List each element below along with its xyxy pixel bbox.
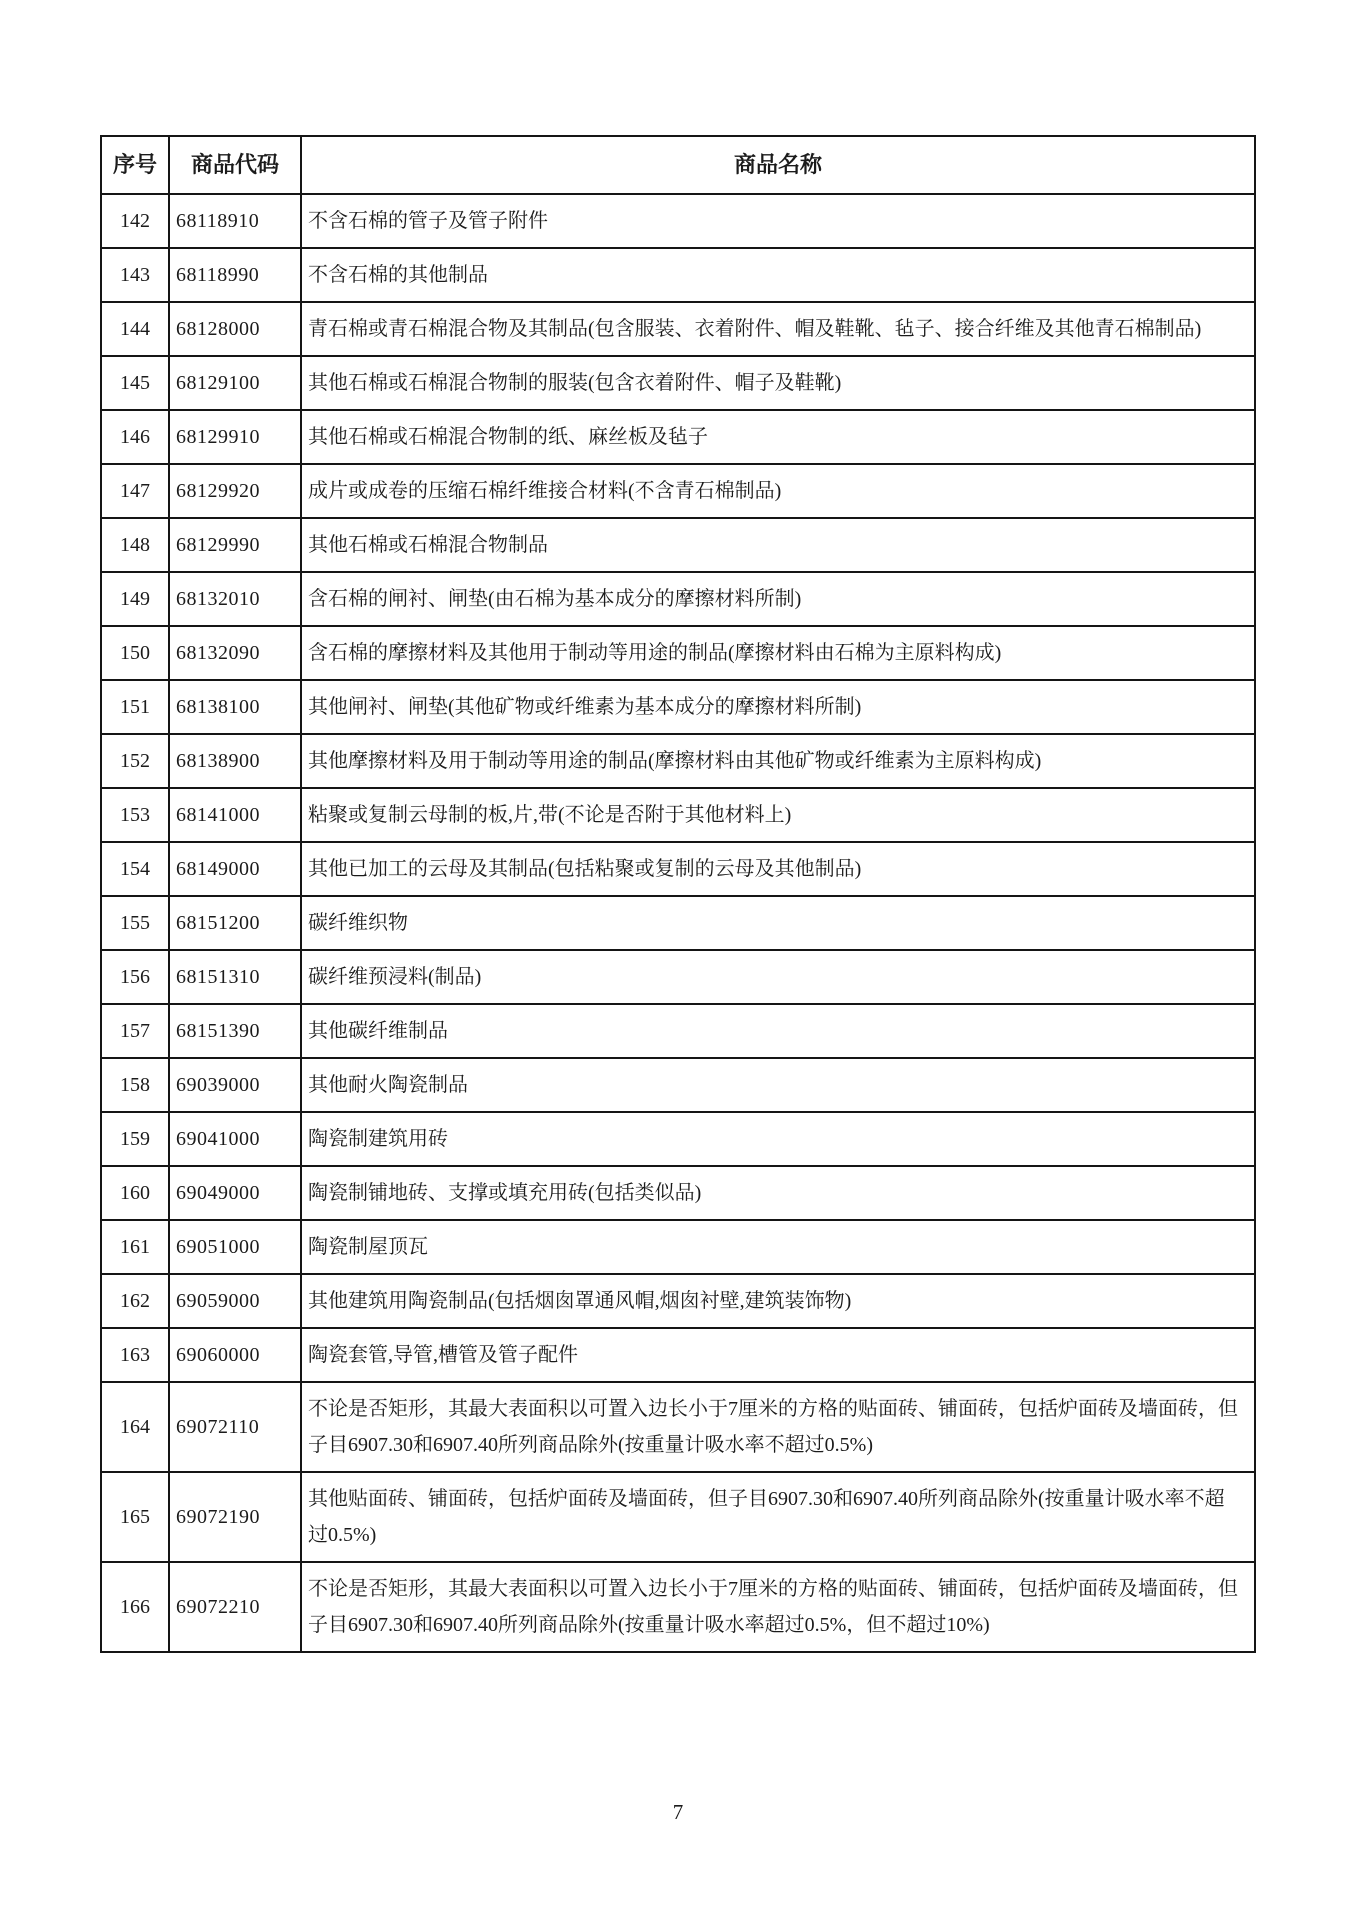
cell-commodity-name: 陶瓷制铺地砖、支撑或填充用砖(包括类似品): [301, 1166, 1255, 1220]
cell-commodity-name: 不论是否矩形，其最大表面积以可置入边长小于7厘米的方格的贴面砖、铺面砖，包括炉面…: [301, 1562, 1255, 1652]
cell-commodity-code: 69049000: [169, 1166, 301, 1220]
cell-commodity-name: 其他耐火陶瓷制品: [301, 1058, 1255, 1112]
cell-serial-number: 155: [101, 896, 169, 950]
cell-serial-number: 145: [101, 356, 169, 410]
table-row: 166 69072210 不论是否矩形，其最大表面积以可置入边长小于7厘米的方格…: [101, 1562, 1255, 1652]
cell-commodity-name: 碳纤维预浸料(制品): [301, 950, 1255, 1004]
table-row: 161 69051000 陶瓷制屋顶瓦: [101, 1220, 1255, 1274]
cell-commodity-name: 其他闸衬、闸垫(其他矿物或纤维素为基本成分的摩擦材料所制): [301, 680, 1255, 734]
cell-commodity-name: 含石棉的闸衬、闸垫(由石棉为基本成分的摩擦材料所制): [301, 572, 1255, 626]
table-row: 160 69049000 陶瓷制铺地砖、支撑或填充用砖(包括类似品): [101, 1166, 1255, 1220]
cell-serial-number: 151: [101, 680, 169, 734]
cell-commodity-name: 含石棉的摩擦材料及其他用于制动等用途的制品(摩擦材料由石棉为主原料构成): [301, 626, 1255, 680]
cell-commodity-code: 68151310: [169, 950, 301, 1004]
cell-serial-number: 149: [101, 572, 169, 626]
cell-serial-number: 160: [101, 1166, 169, 1220]
table-row: 157 68151390 其他碳纤维制品: [101, 1004, 1255, 1058]
commodity-table-container: 序号 商品代码 商品名称 142 68118910 不含石棉的管子及管子附件 1…: [100, 135, 1256, 1653]
col-header-serial-number: 序号: [101, 136, 169, 194]
table-row: 158 69039000 其他耐火陶瓷制品: [101, 1058, 1255, 1112]
table-row: 152 68138900 其他摩擦材料及用于制动等用途的制品(摩擦材料由其他矿物…: [101, 734, 1255, 788]
cell-commodity-name: 陶瓷套管,导管,槽管及管子配件: [301, 1328, 1255, 1382]
cell-commodity-name: 不含石棉的其他制品: [301, 248, 1255, 302]
cell-commodity-code: 68128000: [169, 302, 301, 356]
cell-serial-number: 162: [101, 1274, 169, 1328]
cell-serial-number: 147: [101, 464, 169, 518]
cell-commodity-code: 69072210: [169, 1562, 301, 1652]
cell-commodity-code: 69072190: [169, 1472, 301, 1562]
cell-serial-number: 163: [101, 1328, 169, 1382]
cell-serial-number: 148: [101, 518, 169, 572]
cell-commodity-code: 69072110: [169, 1382, 301, 1472]
cell-commodity-name: 其他摩擦材料及用于制动等用途的制品(摩擦材料由其他矿物或纤维素为主原料构成): [301, 734, 1255, 788]
cell-serial-number: 154: [101, 842, 169, 896]
cell-serial-number: 156: [101, 950, 169, 1004]
table-row: 142 68118910 不含石棉的管子及管子附件: [101, 194, 1255, 248]
cell-commodity-code: 69060000: [169, 1328, 301, 1382]
table-row: 150 68132090 含石棉的摩擦材料及其他用于制动等用途的制品(摩擦材料由…: [101, 626, 1255, 680]
cell-commodity-code: 68138900: [169, 734, 301, 788]
cell-commodity-code: 69039000: [169, 1058, 301, 1112]
table-row: 154 68149000 其他已加工的云母及其制品(包括粘聚或复制的云母及其他制…: [101, 842, 1255, 896]
cell-serial-number: 152: [101, 734, 169, 788]
table-row: 146 68129910 其他石棉或石棉混合物制的纸、麻丝板及毡子: [101, 410, 1255, 464]
table-row: 149 68132010 含石棉的闸衬、闸垫(由石棉为基本成分的摩擦材料所制): [101, 572, 1255, 626]
cell-commodity-name: 不论是否矩形，其最大表面积以可置入边长小于7厘米的方格的贴面砖、铺面砖，包括炉面…: [301, 1382, 1255, 1472]
cell-commodity-name: 碳纤维织物: [301, 896, 1255, 950]
cell-commodity-name: 陶瓷制建筑用砖: [301, 1112, 1255, 1166]
table-row: 162 69059000 其他建筑用陶瓷制品(包括烟囱罩通风帽,烟囱衬壁,建筑装…: [101, 1274, 1255, 1328]
cell-commodity-name: 其他石棉或石棉混合物制品: [301, 518, 1255, 572]
cell-commodity-name: 不含石棉的管子及管子附件: [301, 194, 1255, 248]
cell-serial-number: 144: [101, 302, 169, 356]
commodity-table: 序号 商品代码 商品名称 142 68118910 不含石棉的管子及管子附件 1…: [100, 135, 1256, 1653]
cell-commodity-name: 其他石棉或石棉混合物制的纸、麻丝板及毡子: [301, 410, 1255, 464]
page-number: 7: [0, 1800, 1356, 1825]
table-row: 153 68141000 粘聚或复制云母制的板,片,带(不论是否附于其他材料上): [101, 788, 1255, 842]
table-row: 165 69072190 其他贴面砖、铺面砖，包括炉面砖及墙面砖，但子目6907…: [101, 1472, 1255, 1562]
cell-commodity-code: 68141000: [169, 788, 301, 842]
cell-commodity-name: 其他建筑用陶瓷制品(包括烟囱罩通风帽,烟囱衬壁,建筑装饰物): [301, 1274, 1255, 1328]
cell-commodity-code: 68129920: [169, 464, 301, 518]
cell-commodity-code: 68129100: [169, 356, 301, 410]
cell-commodity-code: 68118910: [169, 194, 301, 248]
cell-serial-number: 159: [101, 1112, 169, 1166]
cell-serial-number: 146: [101, 410, 169, 464]
cell-commodity-name: 其他已加工的云母及其制品(包括粘聚或复制的云母及其他制品): [301, 842, 1255, 896]
cell-commodity-code: 69041000: [169, 1112, 301, 1166]
cell-commodity-code: 69059000: [169, 1274, 301, 1328]
cell-commodity-name: 其他贴面砖、铺面砖，包括炉面砖及墙面砖，但子目6907.30和6907.40所列…: [301, 1472, 1255, 1562]
cell-commodity-code: 68138100: [169, 680, 301, 734]
col-header-commodity-code: 商品代码: [169, 136, 301, 194]
table-row: 144 68128000 青石棉或青石棉混合物及其制品(包含服装、衣着附件、帽及…: [101, 302, 1255, 356]
table-row: 143 68118990 不含石棉的其他制品: [101, 248, 1255, 302]
table-body: 142 68118910 不含石棉的管子及管子附件 143 68118990 不…: [101, 194, 1255, 1652]
cell-serial-number: 142: [101, 194, 169, 248]
cell-commodity-code: 68129910: [169, 410, 301, 464]
table-row: 145 68129100 其他石棉或石棉混合物制的服装(包含衣着附件、帽子及鞋靴…: [101, 356, 1255, 410]
document-page: 序号 商品代码 商品名称 142 68118910 不含石棉的管子及管子附件 1…: [0, 0, 1356, 1920]
cell-commodity-name: 成片或成卷的压缩石棉纤维接合材料(不含青石棉制品): [301, 464, 1255, 518]
cell-commodity-code: 68149000: [169, 842, 301, 896]
cell-serial-number: 165: [101, 1472, 169, 1562]
cell-serial-number: 150: [101, 626, 169, 680]
cell-serial-number: 161: [101, 1220, 169, 1274]
cell-commodity-code: 69051000: [169, 1220, 301, 1274]
cell-serial-number: 158: [101, 1058, 169, 1112]
cell-commodity-name: 其他石棉或石棉混合物制的服装(包含衣着附件、帽子及鞋靴): [301, 356, 1255, 410]
cell-commodity-name: 其他碳纤维制品: [301, 1004, 1255, 1058]
cell-commodity-code: 68151390: [169, 1004, 301, 1058]
table-row: 164 69072110 不论是否矩形，其最大表面积以可置入边长小于7厘米的方格…: [101, 1382, 1255, 1472]
cell-commodity-code: 68132090: [169, 626, 301, 680]
table-row: 147 68129920 成片或成卷的压缩石棉纤维接合材料(不含青石棉制品): [101, 464, 1255, 518]
table-row: 156 68151310 碳纤维预浸料(制品): [101, 950, 1255, 1004]
cell-commodity-name: 粘聚或复制云母制的板,片,带(不论是否附于其他材料上): [301, 788, 1255, 842]
cell-commodity-name: 陶瓷制屋顶瓦: [301, 1220, 1255, 1274]
cell-commodity-code: 68151200: [169, 896, 301, 950]
header-row: 序号 商品代码 商品名称: [101, 136, 1255, 194]
cell-commodity-code: 68132010: [169, 572, 301, 626]
table-row: 159 69041000 陶瓷制建筑用砖: [101, 1112, 1255, 1166]
cell-serial-number: 143: [101, 248, 169, 302]
cell-serial-number: 157: [101, 1004, 169, 1058]
table-row: 163 69060000 陶瓷套管,导管,槽管及管子配件: [101, 1328, 1255, 1382]
cell-serial-number: 166: [101, 1562, 169, 1652]
cell-serial-number: 153: [101, 788, 169, 842]
cell-commodity-name: 青石棉或青石棉混合物及其制品(包含服装、衣着附件、帽及鞋靴、毡子、接合纤维及其他…: [301, 302, 1255, 356]
cell-commodity-code: 68118990: [169, 248, 301, 302]
cell-serial-number: 164: [101, 1382, 169, 1472]
table-row: 148 68129990 其他石棉或石棉混合物制品: [101, 518, 1255, 572]
table-row: 151 68138100 其他闸衬、闸垫(其他矿物或纤维素为基本成分的摩擦材料所…: [101, 680, 1255, 734]
col-header-commodity-name: 商品名称: [301, 136, 1255, 194]
cell-commodity-code: 68129990: [169, 518, 301, 572]
table-row: 155 68151200 碳纤维织物: [101, 896, 1255, 950]
